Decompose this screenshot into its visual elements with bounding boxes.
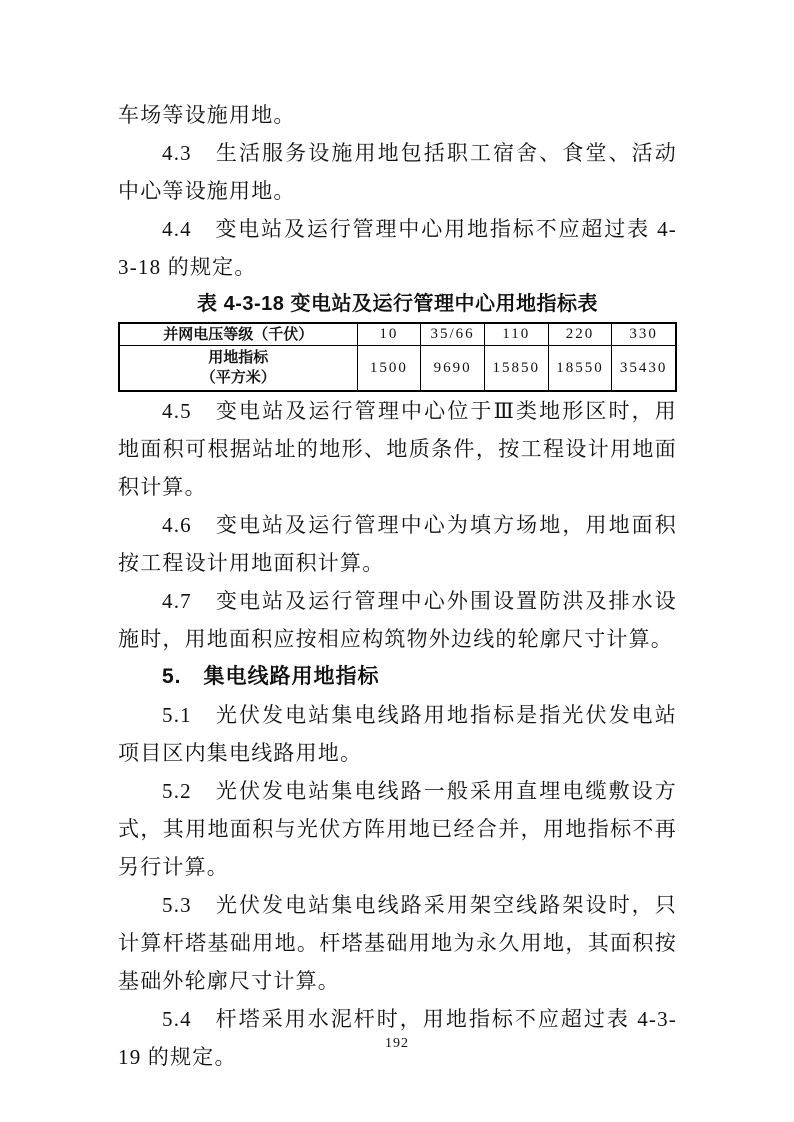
clause-5-3: 5.3 光伏发电站集电线路采用架空线路架设时，只计算杆塔基础用地。杆塔基础用地为… [118, 886, 677, 1000]
paragraph-carryover: 车场等设施用地。 [118, 96, 677, 134]
table-row-voltage-levels: 并网电压等级（千伏） 10 35/66 110 220 330 [119, 323, 676, 346]
table-cell-voltage-330: 330 [612, 323, 676, 346]
table-cell-voltage-110: 110 [484, 323, 548, 346]
table-cell-voltage-35-66: 35/66 [421, 323, 485, 346]
table-cell-area-10: 1500 [357, 346, 421, 392]
document-page: { "paragraphs": [ { "text": "车场等设施用地。" }… [0, 0, 794, 1122]
page-number: 192 [0, 1036, 794, 1052]
table-cell-area-35-66: 9690 [421, 346, 485, 392]
table-cell-indicator-label: 用地指标 （平方米） [119, 346, 357, 392]
table-4-3-18: 并网电压等级（千伏） 10 35/66 110 220 330 用地指标 （平方… [118, 322, 677, 392]
clause-5-1: 5.1 光伏发电站集电线路用地指标是指光伏发电站项目区内集电线路用地。 [118, 696, 677, 772]
clause-4-4: 4.4 变电站及运行管理中心用地指标不应超过表 4-3-18 的规定。 [118, 210, 677, 286]
clause-5-2: 5.2 光伏发电站集电线路一般采用直埋电缆敷设方式，其用地面积与光伏方阵用地已经… [118, 772, 677, 886]
section-5-heading: 5. 集电线路用地指标 [118, 658, 677, 696]
table-cell-area-110: 15850 [484, 346, 548, 392]
clause-4-7: 4.7 变电站及运行管理中心外围设置防洪及排水设施时，用地面积应按相应构筑物外边… [118, 582, 677, 658]
table-cell-area-220: 18550 [548, 346, 612, 392]
table-cell-voltage-label: 并网电压等级（千伏） [119, 323, 357, 346]
clause-4-6: 4.6 变电站及运行管理中心为填方场地，用地面积按工程设计用地面积计算。 [118, 506, 677, 582]
table-row-land-indicator: 用地指标 （平方米） 1500 9690 15850 18550 35430 [119, 346, 676, 392]
table-cell-voltage-10: 10 [357, 323, 421, 346]
table-4-3-18-title: 表 4-3-18 变电站及运行管理中心用地指标表 [118, 286, 677, 322]
clause-4-3: 4.3 生活服务设施用地包括职工宿舍、食堂、活动中心等设施用地。 [118, 134, 677, 210]
clause-4-5: 4.5 变电站及运行管理中心位于Ⅲ类地形区时，用地面积可根据站址的地形、地质条件… [118, 392, 677, 506]
table-cell-voltage-220: 220 [548, 323, 612, 346]
table-cell-area-330: 35430 [612, 346, 676, 392]
document-body: 车场等设施用地。 4.3 生活服务设施用地包括职工宿舍、食堂、活动中心等设施用地… [118, 96, 677, 1076]
